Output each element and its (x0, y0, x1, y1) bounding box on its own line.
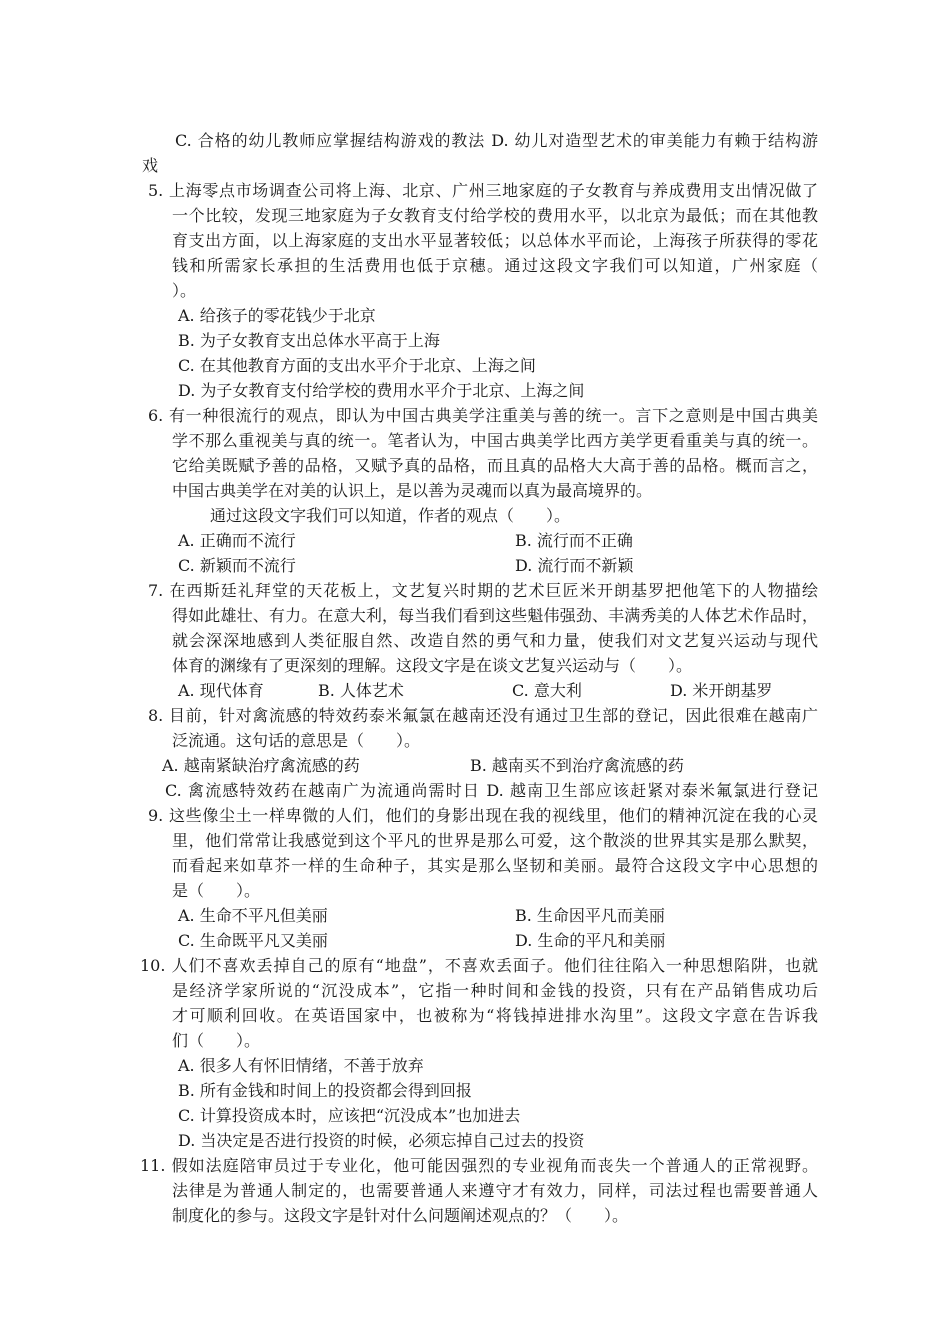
option-text: D. 米开朗基罗 (670, 681, 772, 700)
question-text-line: 钱和所需家长承担的生活费用也低于京穗。通过这段文字我们可以知道，广州家庭（ (172, 253, 818, 278)
question-text-line: 才可顺利回收。在英语国家中，也被称为“将钱掉进排水沟里”。这段文字意在告诉我 (172, 1003, 818, 1028)
options-line: A. 现代体育B. 人体艺术C. 意大利D. 米开朗基罗 (178, 678, 950, 703)
option-text: A. 越南紧缺治疗禽流感的药 (162, 753, 470, 778)
question-text-line: 就会深深地感到人类征服自然、改造自然的勇气和力量，使我们对文艺复兴运动与现代 (172, 628, 818, 653)
exam-page-body: { "page": { "background_color": "#ffffff… (0, 0, 950, 1344)
question-text-line: 学不那么重视美与真的统一。笔者认为，中国古典美学比西方美学更看重美与真的统一。 (172, 428, 818, 453)
option-text: B. 流行而不正确 (515, 531, 633, 550)
options-line: B. 所有金钱和时间上的投资都会得到回报 (178, 1078, 950, 1103)
question-start-line: 9. 这些像尘土一样卑微的人们，他们的身影出现在我的视线里，他们的精神沉淀在我的… (148, 803, 818, 828)
options-line: A. 很多人有怀旧情绪，不善于放弃 (178, 1053, 950, 1078)
question-start-line: 6. 有一种很流行的观点，即认为中国古典美学注重美与善的统一。言下之意则是中国古… (148, 403, 818, 428)
question-start-line: 5. 上海零点市场调查公司将上海、北京、广州三地家庭的子女教育与养成费用支出情况… (148, 178, 818, 203)
options-line: D. 为子女教育支付给学校的费用水平介于北京、上海之间 (178, 378, 950, 403)
option-text: C. 新颖而不流行 (178, 553, 515, 578)
option-text: B. 人体艺术 (318, 678, 512, 703)
option-text: A. 正确而不流行 (178, 528, 515, 553)
question-text-line: 中国古典美学在对美的认识上，是以善为灵魂而以真为最高境界的。 (172, 478, 950, 503)
options-line: B. 为子女教育支出总体水平高于上海 (178, 328, 950, 353)
question-text-line: 们（ ）。 (172, 1028, 950, 1053)
options-line: C. 生命既平凡又美丽D. 生命的平凡和美丽 (178, 928, 950, 953)
options-line: A. 正确而不流行B. 流行而不正确 (178, 528, 950, 553)
document-page: C. 合格的幼儿教师应掌握结构游戏的教法 D. 幼儿对造型艺术的审美能力有赖于结… (0, 0, 950, 1344)
question-text-line: 里，他们常常让我感觉到这个平凡的世界是那么可爱，这个散淡的世界其实是那么默契， (172, 828, 818, 853)
options-line: C. 合格的幼儿教师应掌握结构游戏的教法 D. 幼儿对造型艺术的审美能力有赖于结… (175, 128, 818, 153)
options-line: C. 计算投资成本时，应该把“沉没成本”也加进去 (178, 1103, 950, 1128)
option-text: C. 意大利 (512, 678, 670, 703)
option-text: A. 现代体育 (178, 678, 318, 703)
option-text: D. 流行而不新颖 (515, 556, 633, 575)
question-text-line: 法律是为普通人制定的，也需要普通人来遵守才有效力，同样，司法过程也需要普通人 (172, 1178, 818, 1203)
options-line: C. 在其他教育方面的支出水平介于北京、上海之间 (178, 353, 950, 378)
options-line: D. 当决定是否进行投资的时候，必须忘掉自己过去的投资 (178, 1128, 950, 1153)
question-text-line: 泛流通。这句话的意思是（ ）。 (172, 728, 950, 753)
question-text-line: 体育的渊缘有了更深刻的理解。这段文字是在谈文艺复兴运动与（ ）。 (172, 653, 950, 678)
question-text-line: 是（ ）。 (172, 878, 950, 903)
options-line: A. 生命不平凡但美丽B. 生命因平凡而美丽 (178, 903, 950, 928)
option-text: B. 生命因平凡而美丽 (515, 906, 665, 925)
options-line: A. 越南紧缺治疗禽流感的药B. 越南买不到治疗禽流感的药 (162, 753, 950, 778)
question-text-line: 得如此雄壮、有力。在意大利，每当我们看到这些魁伟强劲、丰满秀美的人体艺术作品时， (172, 603, 818, 628)
question-start-line: 8. 目前，针对禽流感的特效药泰米氟氯在越南还没有通过卫生部的登记，因此很难在越… (148, 703, 818, 728)
options-line: C. 新颖而不流行D. 流行而不新颖 (178, 553, 950, 578)
option-text: D. 生命的平凡和美丽 (515, 931, 665, 950)
question-text-line: 它给美既赋予善的品格，又赋予真的品格，而且真的品格大大高于善的品格。概而言之， (172, 453, 818, 478)
question-start-line: 11. 假如法庭陪审员过于专业化，他可能因强烈的专业视角而丧失一个普通人的正常视… (140, 1153, 818, 1178)
question-text-line: 戏 (142, 153, 950, 178)
options-line: C. 禽流感特效药在越南广为流通尚需时日 D. 越南卫生部应该赶紧对泰米氟氯进行… (165, 778, 818, 803)
question-text-line: 是经济学家所说的“沉没成本”，它指一种时间和金钱的投资，只有在产品销售成功后 (172, 978, 818, 1003)
question-text-line: 育支出方面，以上海家庭的支出水平显著较低；以总体水平而论，上海孩子所获得的零花 (172, 228, 818, 253)
question-text-line: 通过这段文字我们可以知道，作者的观点（ ）。 (210, 503, 950, 528)
option-text: C. 生命既平凡又美丽 (178, 928, 515, 953)
option-text: A. 生命不平凡但美丽 (178, 903, 515, 928)
options-line: A. 给孩子的零花钱少于北京 (178, 303, 950, 328)
question-start-line: 10. 人们不喜欢丢掉自己的原有“地盘”，不喜欢丢面子。他们往往陷入一种思想陷阱… (140, 953, 818, 978)
question-start-line: 7. 在西斯廷礼拜堂的天花板上，文艺复兴时期的艺术巨匠米开朗基罗把他笔下的人物描… (148, 578, 818, 603)
question-text-line: 制度化的参与。这段文字是针对什么问题阐述观点的？（ ）。 (172, 1203, 950, 1228)
question-text-line: 而看起来如草芥一样的生命种子，其实是那么坚韧和美丽。最符合这段文字中心思想的 (172, 853, 818, 878)
option-text: B. 越南买不到治疗禽流感的药 (470, 756, 684, 775)
question-text-line: ）。 (172, 278, 950, 303)
question-text-line: 一个比较，发现三地家庭为子女教育支付给学校的费用水平，以北京为最低；而在其他教 (172, 203, 818, 228)
